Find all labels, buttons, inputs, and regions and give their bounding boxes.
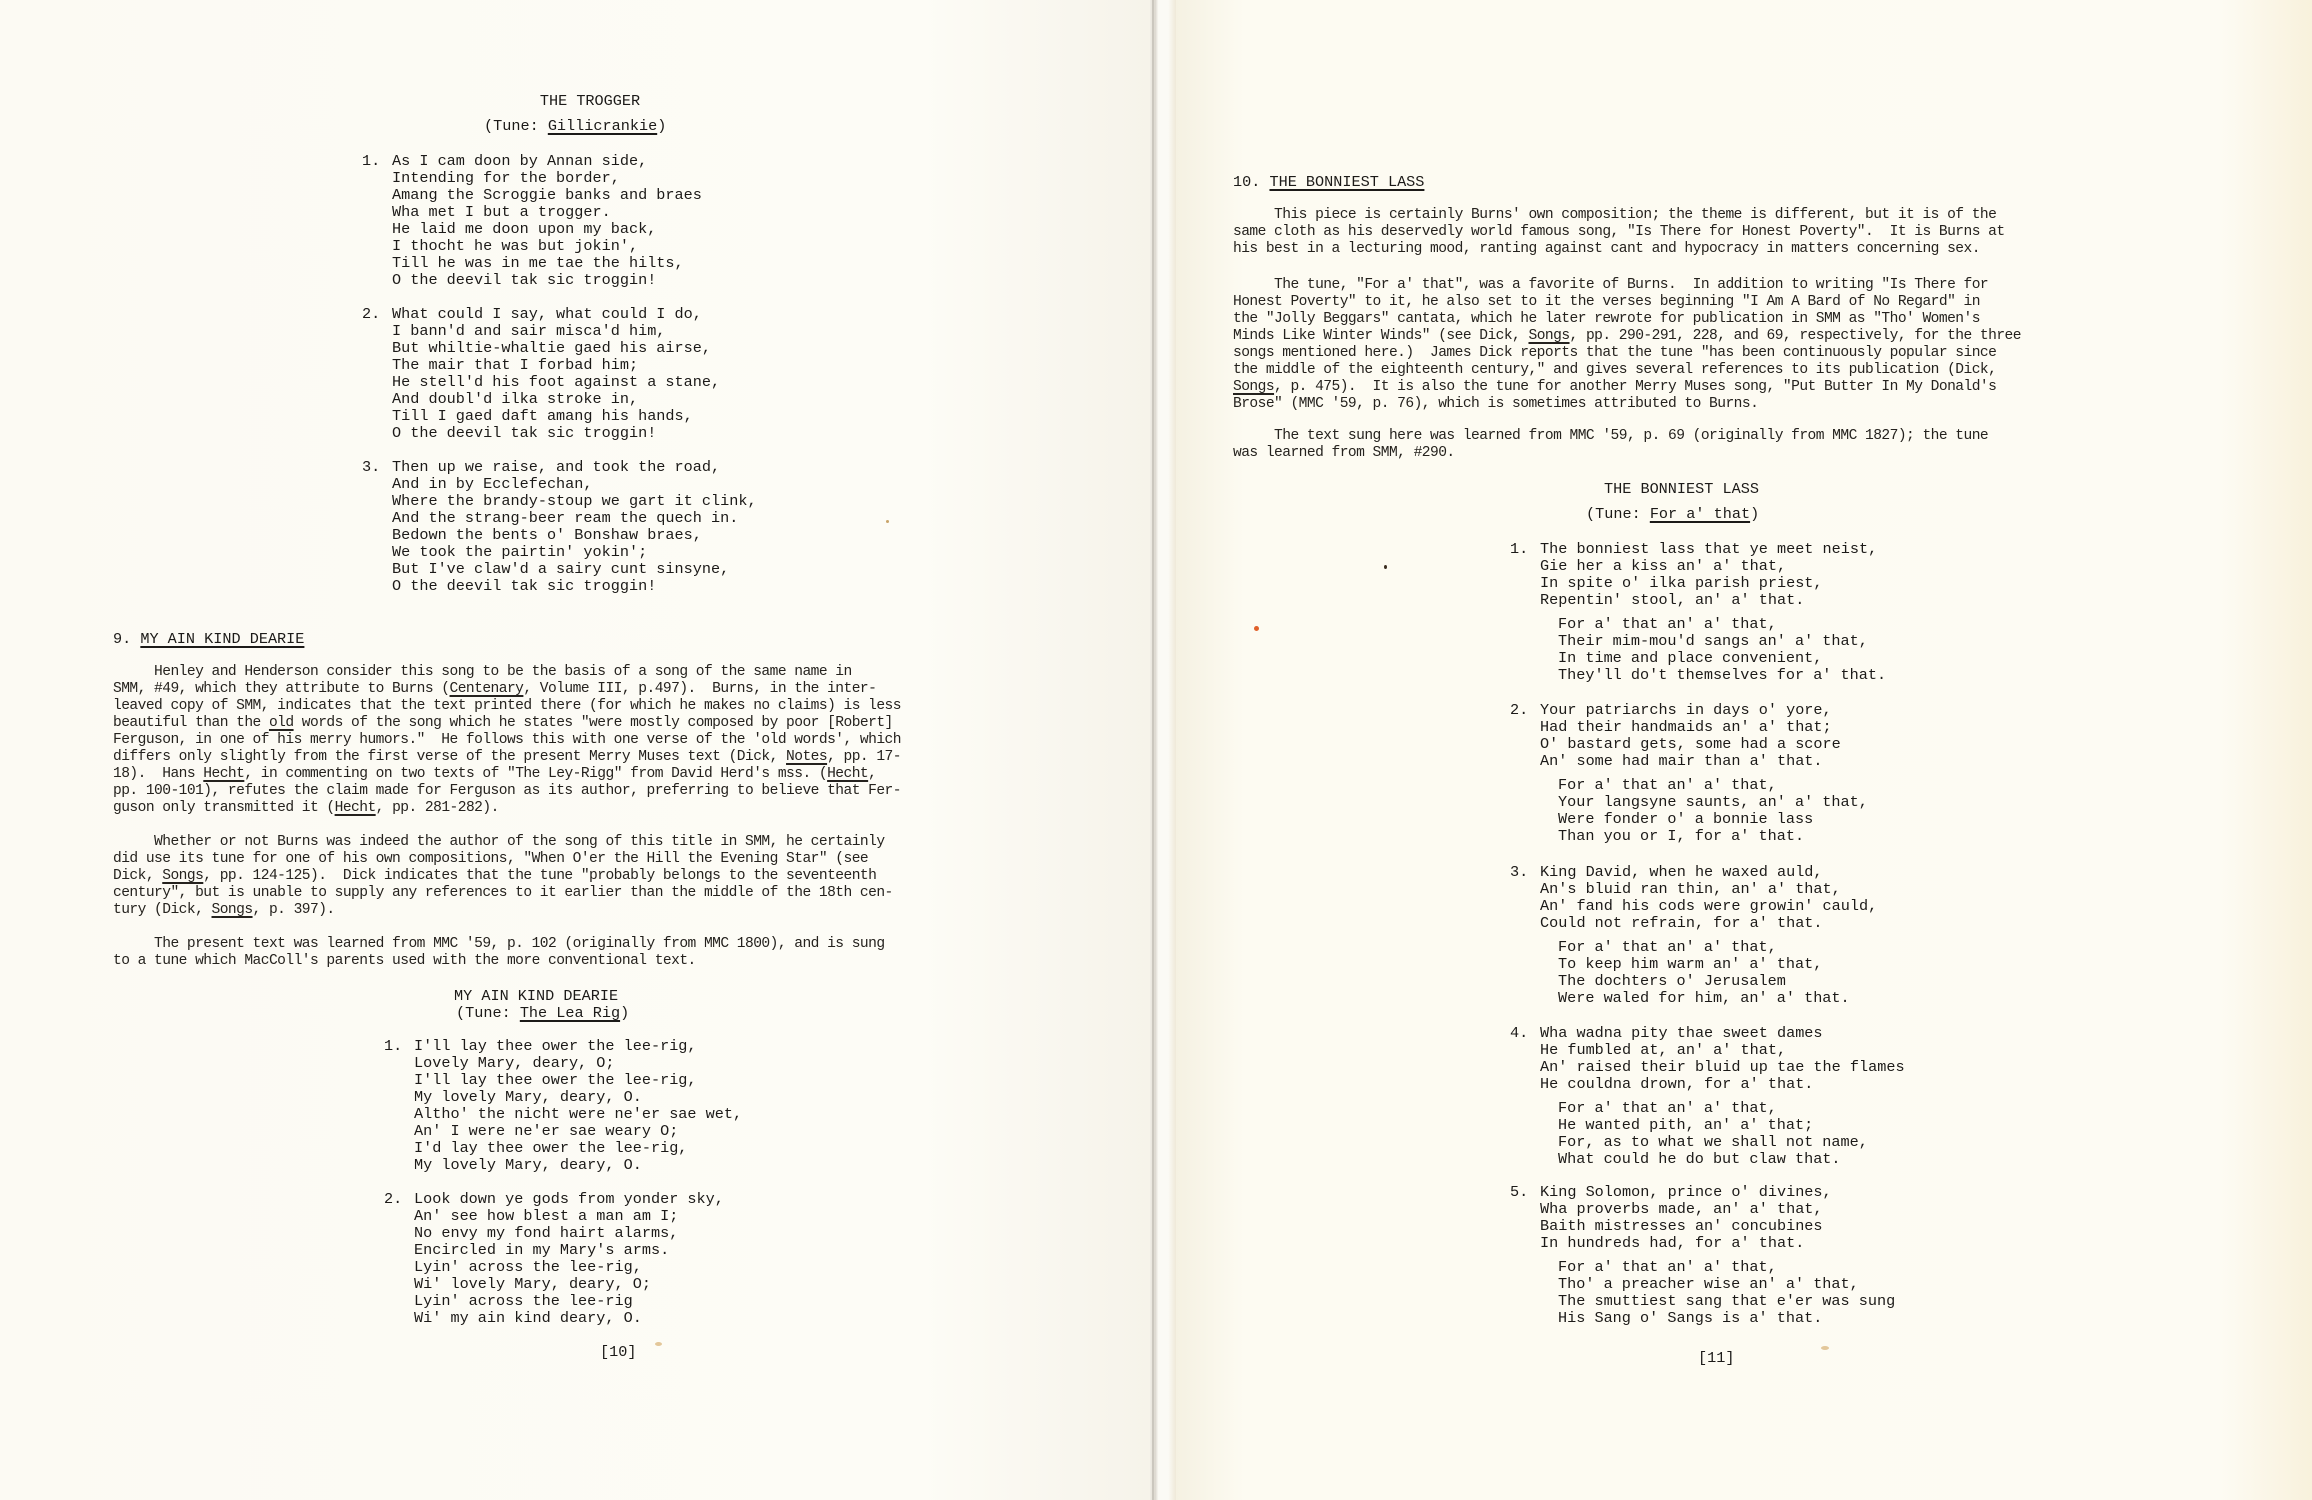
verse-line: Your patriarchs in days o' yore,	[1540, 702, 1841, 719]
chorus-line: Were waled for him, an' a' that.	[1558, 990, 1850, 1007]
verse-line: Could not refrain, for a' that.	[1540, 915, 1877, 932]
stanza-lines: King David, when he waxed auld,An's blui…	[1540, 864, 1877, 932]
section-title: THE BONNIEST LASS	[1269, 173, 1424, 191]
verse-line: The bonniest lass that ye meet neist,	[1540, 541, 1877, 558]
section-heading-10: 10. THE BONNIEST LASS	[1233, 174, 1424, 191]
paragraph-line: pp. 100-101), refutes the claim made for…	[113, 783, 901, 800]
stanza-number: 4.	[1510, 1025, 1528, 1042]
verse-line: But I've claw'd a sairy cunt sinsyne,	[392, 561, 757, 578]
paragraph-line: differs only slightly from the first ver…	[113, 749, 901, 766]
verse-line: Bedown the bents o' Bonshaw braes,	[392, 527, 757, 544]
underlined-term: Notes	[786, 749, 827, 765]
song-tune-dearie: (Tune: The Lea Rig)	[456, 1005, 629, 1022]
verse-line: And the strang-beer ream the quech in.	[392, 510, 757, 527]
underlined-term: Hecht	[335, 800, 376, 816]
paragraph-line: Dick, Songs, pp. 124-125). Dick indicate…	[113, 868, 893, 885]
stanza-number: 3.	[1510, 864, 1528, 881]
verse-line: I'll lay thee ower the lee-rig,	[414, 1072, 742, 1089]
left-page: THE TROGGER (Tune: Gillicrankie) 1.As I …	[0, 0, 1150, 1500]
paragraph-line: The tune, "For a' that", was a favorite …	[1233, 277, 2021, 294]
verse-line: My lovely Mary, deary, O.	[414, 1089, 742, 1106]
stanza-lines: I'll lay thee ower the lee-rig,Lovely Ma…	[414, 1038, 742, 1174]
chorus-line: His Sang o' Sangs is a' that.	[1558, 1310, 1895, 1327]
verse-line: Lyin' across the lee-rig	[414, 1293, 724, 1310]
paragraph-line: Honest Poverty" to it, he also set to it…	[1233, 294, 2021, 311]
verse-line: He stell'd his foot against a stane,	[392, 374, 720, 391]
stanza-number: 3.	[362, 459, 380, 476]
chorus: For a' that an' a' that,To keep him warm…	[1558, 939, 1850, 1007]
paragraph-line: the middle of the eighteenth century," a…	[1233, 362, 2021, 379]
song-tune-trogger: (Tune: Gillicrankie)	[484, 118, 666, 135]
verse-line: Till he was in me tae the hilts,	[392, 255, 702, 272]
paragraph-line: Whether or not Burns was indeed the auth…	[113, 834, 893, 851]
verse-line: Look down ye gods from yonder sky,	[414, 1191, 724, 1208]
stanza-lines: Wha wadna pity thae sweet damesHe fumble…	[1540, 1025, 1905, 1093]
verse-line: An' raised their bluid up tae the flames	[1540, 1059, 1905, 1076]
tune-name: For a' that	[1650, 505, 1750, 523]
song-title-bonniest: THE BONNIEST LASS	[1604, 481, 1759, 498]
underlined-term: Songs	[212, 902, 253, 918]
verse-line: As I cam doon by Annan side,	[392, 153, 702, 170]
tune-suffix: )	[620, 1004, 629, 1022]
chorus: For a' that an' a' that,He wanted pith, …	[1558, 1100, 1868, 1168]
paragraph-line: 18). Hans Hecht, in commenting on two te…	[113, 766, 901, 783]
paper-speck	[1384, 565, 1387, 569]
chorus-line: For a' that an' a' that,	[1558, 939, 1850, 956]
paragraph-line: tury (Dick, Songs, p. 397).	[113, 902, 893, 919]
chorus-line: In time and place convenient,	[1558, 650, 1886, 667]
chorus: For a' that an' a' that,Tho' a preacher …	[1558, 1259, 1895, 1327]
tune-prefix: (Tune:	[1586, 505, 1650, 523]
tune-prefix: (Tune:	[456, 1004, 520, 1022]
tune-suffix: )	[657, 117, 666, 135]
paper-speck	[886, 520, 889, 523]
stanza-number: 5.	[1510, 1184, 1528, 1201]
chorus-line: Your langsyne saunts, an' a' that,	[1558, 794, 1868, 811]
chorus-line: What could he do but claw that.	[1558, 1151, 1868, 1168]
paragraph-line: leaved copy of SMM, indicates that the t…	[113, 698, 901, 715]
paragraph-line: Ferguson, in one of his merry humors." H…	[113, 732, 901, 749]
verse-line: No envy my fond hairt alarms,	[414, 1225, 724, 1242]
verse-line: Lovely Mary, deary, O;	[414, 1055, 742, 1072]
paragraph-line: same cloth as his deservedly world famou…	[1233, 224, 2005, 241]
paragraph-line: beautiful than the old words of the song…	[113, 715, 901, 732]
verse-line: O' bastard gets, some had a score	[1540, 736, 1841, 753]
paragraph-line: SMM, #49, which they attribute to Burns …	[113, 681, 901, 698]
chorus-line: For a' that an' a' that,	[1558, 1259, 1895, 1276]
stanza-lines: Your patriarchs in days o' yore,Had thei…	[1540, 702, 1841, 770]
chorus-line: They'll do't themselves for a' that.	[1558, 667, 1886, 684]
stanza-lines: What could I say, what could I do,I bann…	[392, 306, 720, 442]
chorus: For a' that an' a' that,Your langsyne sa…	[1558, 777, 1868, 845]
tune-suffix: )	[1750, 505, 1759, 523]
stanza-number: 1.	[1510, 541, 1528, 558]
chorus-line: The smuttiest sang that e'er was sung	[1558, 1293, 1895, 1310]
verse-line: He laid me doon upon my back,	[392, 221, 702, 238]
verse-line: Baith mistresses an' concubines	[1540, 1218, 1832, 1235]
verse-line: O the deevil tak sic troggin!	[392, 578, 757, 595]
section-heading-9: 9. MY AIN KIND DEARIE	[113, 631, 304, 648]
paragraph: The text sung here was learned from MMC …	[1233, 428, 1988, 462]
underlined-term: Songs	[1528, 328, 1569, 344]
paragraph-line: This piece is certainly Burns' own compo…	[1233, 207, 2005, 224]
song-title-dearie: MY AIN KIND DEARIE	[454, 988, 618, 1005]
paragraph-line: songs mentioned here.) James Dick report…	[1233, 345, 2021, 362]
stanza-number: 1.	[362, 153, 380, 170]
chorus-line: The dochters o' Jerusalem	[1558, 973, 1850, 990]
paragraph-line: Minds Like Winter Winds" (see Dick, Song…	[1233, 328, 2021, 345]
paragraph: The present text was learned from MMC '5…	[113, 936, 885, 970]
verse-line: What could I say, what could I do,	[392, 306, 720, 323]
paragraph-line: to a tune which MacColl's parents used w…	[113, 953, 885, 970]
verse-line: The mair that I forbad him;	[392, 357, 720, 374]
verse-line: And doubl'd ilka stroke in,	[392, 391, 720, 408]
underlined-term: Hecht	[203, 766, 244, 782]
chorus-line: Than you or I, for a' that.	[1558, 828, 1868, 845]
verse-line: An' fand his cods were growin' cauld,	[1540, 898, 1877, 915]
section-number: 9.	[113, 630, 140, 648]
verse-line: But whiltie-whaltie gaed his airse,	[392, 340, 720, 357]
verse-line: I thocht he was but jokin',	[392, 238, 702, 255]
verse-line: My lovely Mary, deary, O.	[414, 1157, 742, 1174]
stanza-lines: The bonniest lass that ye meet neist,Gie…	[1540, 541, 1877, 609]
verse-line: Amang the Scroggie banks and braes	[392, 187, 702, 204]
paragraph-line: was learned from SMM, #290.	[1233, 445, 1988, 462]
tune-prefix: (Tune:	[484, 117, 548, 135]
underlined-term: Songs	[162, 868, 203, 884]
verse-line: Gie her a kiss an' a' that,	[1540, 558, 1877, 575]
verse-line: I'd lay thee ower the lee-rig,	[414, 1140, 742, 1157]
page-fold	[1152, 0, 1154, 1500]
verse-line: An' see how blest a man am I;	[414, 1208, 724, 1225]
paragraph: Henley and Henderson consider this song …	[113, 664, 901, 817]
verse-line: Wha met I but a trogger.	[392, 204, 702, 221]
stanza-lines: King Solomon, prince o' divines,Wha prov…	[1540, 1184, 1832, 1252]
paragraph-line: The text sung here was learned from MMC …	[1233, 428, 1988, 445]
paragraph-line: did use its tune for one of his own comp…	[113, 851, 893, 868]
tune-name: The Lea Rig	[520, 1004, 620, 1022]
paper-speck	[1254, 626, 1259, 631]
verse-line: An's bluid ran thin, an' a' that,	[1540, 881, 1877, 898]
page-number-left: [10]	[600, 1344, 636, 1361]
verse-line: King David, when he waxed auld,	[1540, 864, 1877, 881]
paper-stain	[655, 1342, 662, 1346]
verse-line: We took the pairtin' yokin';	[392, 544, 757, 561]
paragraph-line: his best in a lecturing mood, ranting ag…	[1233, 241, 2005, 258]
verse-line: Wha wadna pity thae sweet dames	[1540, 1025, 1905, 1042]
stanza-number: 2.	[362, 306, 380, 323]
underlined-term: old	[269, 715, 294, 731]
section-title: MY AIN KIND DEARIE	[140, 630, 304, 648]
section-number: 10.	[1233, 173, 1269, 191]
verse-line: King Solomon, prince o' divines,	[1540, 1184, 1832, 1201]
stanza-number: 1.	[384, 1038, 402, 1055]
verse-line: Altho' the nicht were ne'er sae wet,	[414, 1106, 742, 1123]
stanza-lines: As I cam doon by Annan side,Intending fo…	[392, 153, 702, 289]
chorus-line: Were fonder o' a bonnie lass	[1558, 811, 1868, 828]
paragraph-line: Songs, p. 475). It is also the tune for …	[1233, 379, 2021, 396]
underlined-term: Songs	[1233, 379, 1274, 395]
verse-line: Encircled in my Mary's arms.	[414, 1242, 724, 1259]
song-tune-bonniest: (Tune: For a' that)	[1586, 506, 1759, 523]
verse-line: Wi' lovely Mary, deary, O;	[414, 1276, 724, 1293]
verse-line: He couldna drown, for a' that.	[1540, 1076, 1905, 1093]
chorus-line: For a' that an' a' that,	[1558, 1100, 1868, 1117]
chorus-line: Tho' a preacher wise an' a' that,	[1558, 1276, 1895, 1293]
verse-line: I bann'd and sair misca'd him,	[392, 323, 720, 340]
stanza-lines: Look down ye gods from yonder sky,An' se…	[414, 1191, 724, 1327]
tune-name: Gillicrankie	[548, 117, 657, 135]
verse-line: An' I were ne'er sae weary O;	[414, 1123, 742, 1140]
underlined-term: Centenary	[450, 681, 524, 697]
chorus-line: For a' that an' a' that,	[1558, 777, 1868, 794]
chorus-line: For, as to what we shall not name,	[1558, 1134, 1868, 1151]
verse-line: Lyin' across the lee-rig,	[414, 1259, 724, 1276]
verse-line: He fumbled at, an' a' that,	[1540, 1042, 1905, 1059]
paragraph: The tune, "For a' that", was a favorite …	[1233, 277, 2021, 413]
stanza-number: 2.	[384, 1191, 402, 1208]
verse-line: I'll lay thee ower the lee-rig,	[414, 1038, 742, 1055]
chorus-line: To keep him warm an' a' that,	[1558, 956, 1850, 973]
page-number-right: [11]	[1698, 1350, 1734, 1367]
right-page: 10. THE BONNIEST LASS This piece is cert…	[1176, 0, 2312, 1500]
paragraph: This piece is certainly Burns' own compo…	[1233, 207, 2005, 258]
stanza-number: 2.	[1510, 702, 1528, 719]
verse-line: In hundreds had, for a' that.	[1540, 1235, 1832, 1252]
verse-line: Till I gaed daft amang his hands,	[392, 408, 720, 425]
paragraph-line: guson only transmitted it (Hecht, pp. 28…	[113, 800, 901, 817]
paragraph-line: Brose" (MMC '59, p. 76), which is someti…	[1233, 396, 2021, 413]
song-title-trogger: THE TROGGER	[470, 93, 710, 110]
paper-stain	[1821, 1346, 1829, 1350]
paragraph-line: The present text was learned from MMC '5…	[113, 936, 885, 953]
verse-line: In spite o' ilka parish priest,	[1540, 575, 1877, 592]
verse-line: O the deevil tak sic troggin!	[392, 272, 702, 289]
verse-line: And in by Ecclefechan,	[392, 476, 757, 493]
chorus: For a' that an' a' that,Their mim-mou'd …	[1558, 616, 1886, 684]
verse-line: Then up we raise, and took the road,	[392, 459, 757, 476]
verse-line: An' some had mair than a' that.	[1540, 753, 1841, 770]
verse-line: Had their handmaids an' a' that;	[1540, 719, 1841, 736]
chorus-line: He wanted pith, an' a' that;	[1558, 1117, 1868, 1134]
verse-line: Intending for the border,	[392, 170, 702, 187]
underlined-term: Hecht	[827, 766, 868, 782]
verse-line: O the deevil tak sic troggin!	[392, 425, 720, 442]
chorus-line: For a' that an' a' that,	[1558, 616, 1886, 633]
paragraph-line: Henley and Henderson consider this song …	[113, 664, 901, 681]
stanza-lines: Then up we raise, and took the road,And …	[392, 459, 757, 595]
paragraph-line: the "Jolly Beggars" cantata, which he la…	[1233, 311, 2021, 328]
verse-line: Repentin' stool, an' a' that.	[1540, 592, 1877, 609]
verse-line: Where the brandy-stoup we gart it clink,	[392, 493, 757, 510]
verse-line: Wha proverbs made, an' a' that,	[1540, 1201, 1832, 1218]
paragraph: Whether or not Burns was indeed the auth…	[113, 834, 893, 919]
paragraph-line: century", but is unable to supply any re…	[113, 885, 893, 902]
chorus-line: Their mim-mou'd sangs an' a' that,	[1558, 633, 1886, 650]
verse-line: Wi' my ain kind deary, O.	[414, 1310, 724, 1327]
